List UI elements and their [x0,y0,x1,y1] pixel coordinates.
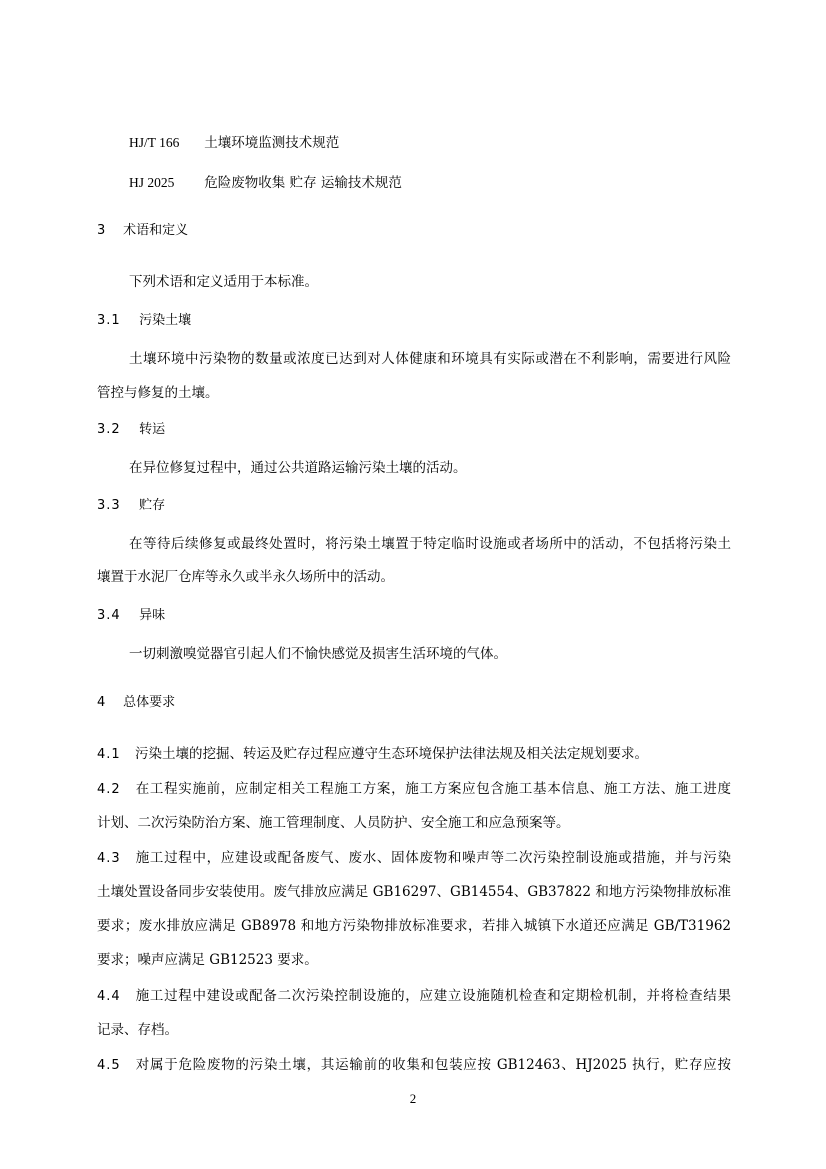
term-number: 3.3 [97,497,135,515]
clause: 4.4施工过程中建设或配备二次污染控制设施的，应建立设施随机检查和定期检机制，并… [97,987,731,1006]
section-heading: 4 总体要求 [97,694,731,712]
term-title: 异味 [139,608,165,623]
term-number: 3.4 [97,607,135,625]
clause-text: 施工过程中，应建设或配备废气、废水、固体废物和噪声等二次污染控制设施或措施，并与… [135,850,731,866]
term-definition-line: 在等待后续修复或最终处置时，将污染土壤置于特定临时设施或者场所中的活动，不包括将… [129,535,731,553]
term-definition-line: 土壤环境中污染物的数量或浓度已达到对人体健康和环境具有实际或潜在不利影响，需要进… [129,350,731,368]
reference-title: 危险废物收集 贮存 运输技术规范 [204,175,402,191]
clause-number: 4.4 [97,988,135,1006]
section-number: 4 [97,694,119,712]
section-intro: 下列术语和定义适用于本标准。 [129,273,731,291]
clause: 4.1污染土壤的挖掘、转运及贮存过程应遵守生态环境保护法律法规及相关法定规划要求… [97,745,731,764]
term-number: 3.2 [97,421,135,439]
section-number: 3 [97,222,119,240]
reference-item: HJ/T 166 土壤环境监测技术规范 [129,134,731,152]
document-page: HJ/T 166 土壤环境监测技术规范 HJ 2025 危险废物收集 贮存 运输… [0,0,826,1169]
reference-title: 土壤环境监测技术规范 [204,135,339,151]
term-heading: 3.2 转运 [97,421,731,439]
clause-line: 计划、二次污染防治方案、施工管理制度、人员防护、安全施工和应急预案等。 [97,814,731,832]
term-definition-line: 管控与修复的土壤。 [97,384,731,402]
clause: 4.3施工过程中，应建设或配备废气、废水、固体废物和噪声等二次污染控制设施或措施… [97,849,731,868]
clause-text: 对属于危险废物的污染土壤，其运输前的收集和包装应按 GB12463、HJ2025… [135,1057,731,1073]
term-heading: 3.3 贮存 [97,497,731,515]
term-definition-line: 壤置于水泥厂仓库等永久或半永久场所中的活动。 [97,568,731,586]
reference-code: HJ/T 166 [129,134,200,152]
clause-line: 记录、存档。 [97,1021,731,1039]
term-heading: 3.4 异味 [97,607,731,625]
clause: 4.2在工程实施前，应制定相关工程施工方案，施工方案应包含施工基本信息、施工方法… [97,780,731,799]
clause-number: 4.2 [97,781,135,799]
reference-item: HJ 2025 危险废物收集 贮存 运输技术规范 [129,174,731,192]
clause-number: 4.1 [97,746,135,764]
term-definition-line: 在异位修复过程中，通过公共道路运输污染土壤的活动。 [129,459,731,477]
clause-text: 污染土壤的挖掘、转运及贮存过程应遵守生态环境保护法律法规及相关法定规划要求。 [135,746,648,762]
term-title: 污染土壤 [139,313,191,328]
clause-line: 要求；废水排放应满足 GB8978 和地方污染物排放标准要求，若排入城镇下水道还… [97,917,731,935]
section-title: 术语和定义 [123,223,188,238]
clause-text: 施工过程中建设或配备二次污染控制设施的，应建立设施随机检查和定期检机制，并将检查… [135,988,731,1004]
clause: 4.5对属于危险废物的污染土壤，其运输前的收集和包装应按 GB12463、HJ2… [97,1056,731,1075]
section-heading: 3 术语和定义 [97,222,731,240]
term-definition-line: 一切刺激嗅觉器官引起人们不愉快感觉及损害生活环境的气体。 [129,645,731,663]
reference-code: HJ 2025 [129,174,200,192]
term-title: 转运 [139,422,165,437]
term-number: 3.1 [97,312,135,330]
clause-text: 在工程实施前，应制定相关工程施工方案，施工方案应包含施工基本信息、施工方法、施工… [135,781,731,797]
section-title: 总体要求 [123,695,175,710]
term-heading: 3.1 污染土壤 [97,312,731,330]
page-number: 2 [0,1091,826,1107]
clause-number: 4.5 [97,1057,135,1075]
clause-number: 4.3 [97,850,135,868]
term-title: 贮存 [139,498,165,513]
clause-line: 土壤处置设备同步安装使用。废气排放应满足 GB16297、GB14554、GB3… [97,883,731,901]
clause-line: 要求；噪声应满足 GB12523 要求。 [97,951,731,969]
